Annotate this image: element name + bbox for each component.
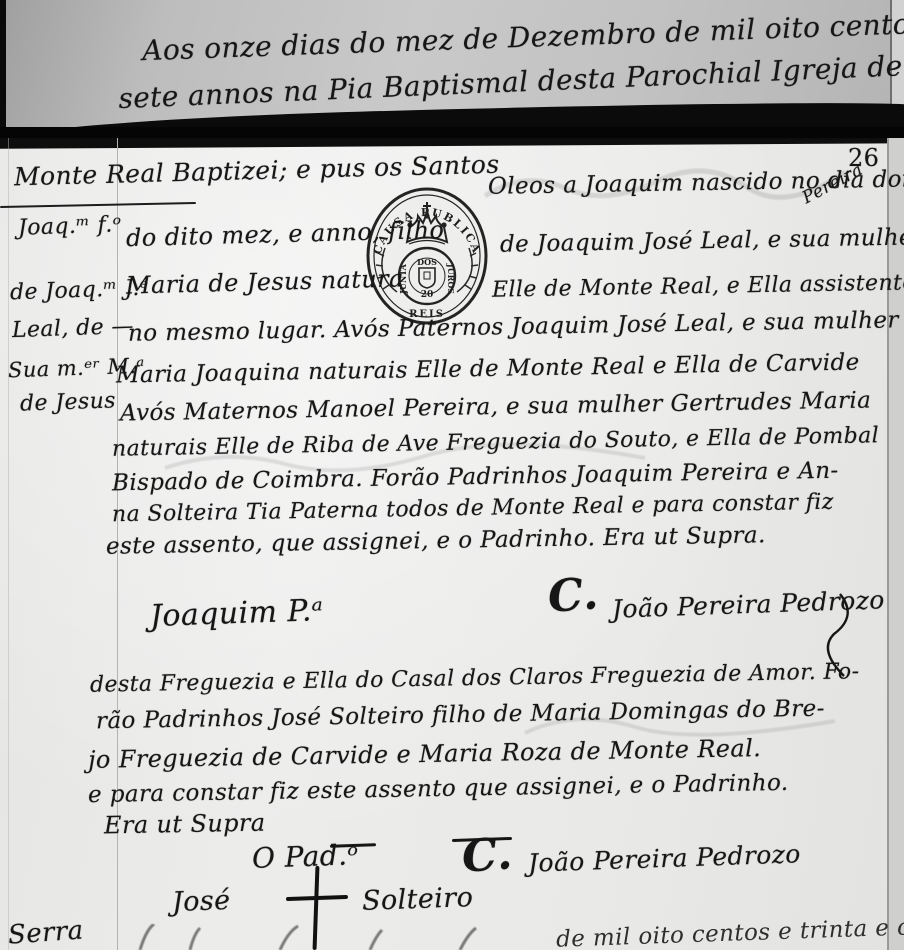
- record1-line2-right: de Joaquim José Leal, e sua mulher: [500, 224, 904, 257]
- margin-note-1: Joaq.ᵐ f.ᵒ: [18, 212, 122, 241]
- cutoff-letter-strokes: [130, 924, 550, 950]
- record2-line3: jo Freguezia de Carvide e Maria Roza de …: [88, 734, 762, 774]
- record2-line5: Era ut Supra: [104, 809, 266, 840]
- margin-underline: [0, 202, 196, 208]
- record1-line3-right: Elle de Monte Real, e Ella assistente: [492, 270, 904, 302]
- margin-note-5: de Jesus: [20, 388, 117, 416]
- top-page-fragment: Aos onze dias do mez de Dezembro de mil …: [0, 0, 904, 127]
- mark-name-right: Solteiro: [361, 882, 473, 917]
- record1-priest-initial: C.: [546, 568, 600, 622]
- record2-line4: e para constar fiz este assento que assi…: [88, 770, 789, 808]
- scanned-baptism-record: Aos onze dias do mez de Dezembro de mil …: [0, 0, 904, 950]
- main-register-page: 26 Pereira CAUSA PUBLICA: [0, 138, 904, 950]
- record1-line6: Avós Maternos Manoel Pereira, e sua mulh…: [120, 387, 872, 426]
- scan-left-edge: [0, 0, 6, 127]
- scan-top-edge: [0, 138, 904, 149]
- stamp-band-right: JUROS: [446, 263, 456, 294]
- record1-line4: no mesmo lugar. Avós Paternos Joaquim Jo…: [128, 307, 899, 346]
- page-right-margin-edge: [887, 138, 904, 950]
- mark-name-left: José: [171, 885, 231, 918]
- margin-note-3: Leal, de —: [12, 314, 135, 343]
- record1-line5: Maria Joaquina naturais Elle de Monte Re…: [116, 350, 860, 389]
- record2-priest-initial: C.: [460, 828, 514, 882]
- record2-priest-signature: João Pereira Pedrozo: [528, 839, 802, 878]
- record1-godfather-signature: Joaquim P.ᵃ: [149, 593, 324, 634]
- revenue-stamp: CAUSA PUBLICA DOS JUNTA JUROS: [363, 184, 491, 326]
- record2-godfather-label: O Pad.ᵒ: [251, 838, 359, 875]
- margin-rule-left: [8, 138, 9, 950]
- record1-line10: este assento, que assignei, e o Padrinho…: [106, 522, 766, 560]
- stamp-band-top: DOS: [417, 257, 437, 267]
- next-record-margin-note: Serra: [7, 915, 84, 950]
- record2-line1: desta Freguezia e Ella do Casal dos Clar…: [90, 659, 860, 697]
- stamp-value: 20: [421, 290, 434, 300]
- next-record-partial-line: de mil oito centos e trinta e oito: [556, 913, 904, 950]
